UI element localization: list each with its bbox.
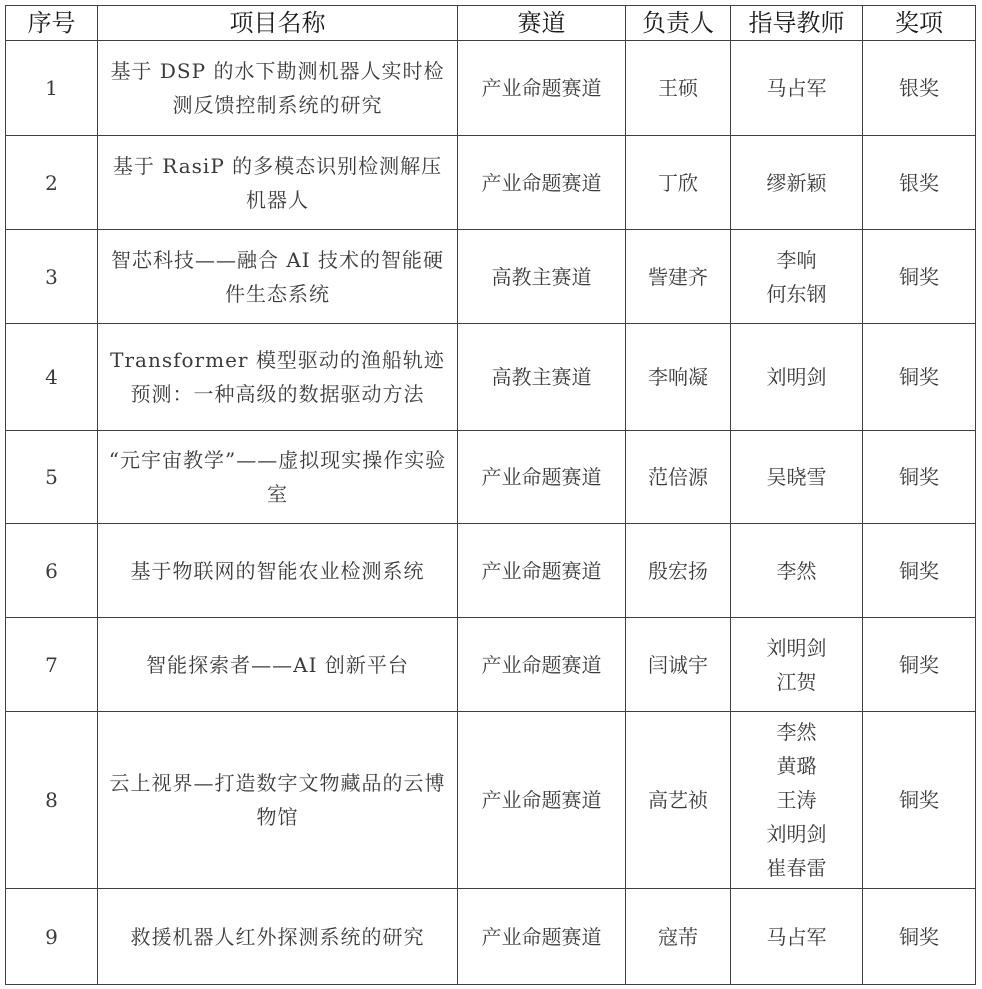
table-row: 7智能探索者——AI 创新平台产业命题赛道闫诚宇刘明剑江贺铜奖 [6, 618, 976, 712]
cell-no: 6 [6, 524, 98, 618]
teacher-name: 李响 [737, 243, 856, 277]
teacher-name: 崔春雷 [737, 851, 856, 885]
cell-leader: 范倍源 [626, 431, 731, 524]
header-project-name: 项目名称 [98, 6, 458, 41]
header-teachers: 指导教师 [731, 6, 863, 41]
cell-project-name: 云上视界—打造数字文物藏品的云博物馆 [98, 712, 458, 889]
header-row: 序号 项目名称 赛道 负责人 指导教师 奖项 [6, 6, 976, 41]
teacher-name: 江贺 [737, 665, 856, 699]
header-leader: 负责人 [626, 6, 731, 41]
table-row: 1基于 DSP 的水下勘测机器人实时检测反馈控制系统的研究产业命题赛道王硕马占军… [6, 41, 976, 136]
cell-no: 8 [6, 712, 98, 889]
cell-teachers: 李然 [731, 524, 863, 618]
cell-track: 产业命题赛道 [458, 889, 626, 985]
cell-no: 1 [6, 41, 98, 136]
awards-table: 序号 项目名称 赛道 负责人 指导教师 奖项 1基于 DSP 的水下勘测机器人实… [5, 5, 976, 985]
table-body: 1基于 DSP 的水下勘测机器人实时检测反馈控制系统的研究产业命题赛道王硕马占军… [6, 41, 976, 985]
cell-leader: 王硕 [626, 41, 731, 136]
cell-leader: 丁欣 [626, 136, 731, 230]
table-row: 4Transformer 模型驱动的渔船轨迹预测：一种高级的数据驱动方法高教主赛… [6, 324, 976, 431]
cell-track: 产业命题赛道 [458, 712, 626, 889]
cell-award: 铜奖 [863, 524, 976, 618]
header-no: 序号 [6, 6, 98, 41]
teacher-name: 刘明剑 [737, 817, 856, 851]
cell-award: 铜奖 [863, 618, 976, 712]
teacher-name: 刘明剑 [737, 360, 856, 394]
cell-project-name: 智芯科技——融合 AI 技术的智能硬件生态系统 [98, 230, 458, 324]
cell-teachers: 刘明剑江贺 [731, 618, 863, 712]
cell-leader: 寇芾 [626, 889, 731, 985]
table-row: 3智芯科技——融合 AI 技术的智能硬件生态系统高教主赛道訾建齐李响何东钢铜奖 [6, 230, 976, 324]
cell-project-name: 救援机器人红外探测系统的研究 [98, 889, 458, 985]
header-award: 奖项 [863, 6, 976, 41]
table-row: 9救援机器人红外探测系统的研究产业命题赛道寇芾马占军铜奖 [6, 889, 976, 985]
teacher-name: 李然 [737, 554, 856, 588]
cell-teachers: 缪新颖 [731, 136, 863, 230]
cell-award: 铜奖 [863, 230, 976, 324]
cell-track: 产业命题赛道 [458, 41, 626, 136]
cell-award: 铜奖 [863, 324, 976, 431]
cell-leader: 殷宏扬 [626, 524, 731, 618]
table-row: 6基于物联网的智能农业检测系统产业命题赛道殷宏扬李然铜奖 [6, 524, 976, 618]
cell-leader: 李响凝 [626, 324, 731, 431]
cell-no: 2 [6, 136, 98, 230]
teacher-name: 何东钢 [737, 277, 856, 311]
teacher-name: 刘明剑 [737, 631, 856, 665]
cell-track: 高教主赛道 [458, 230, 626, 324]
cell-track: 高教主赛道 [458, 324, 626, 431]
teacher-name: 缪新颖 [737, 166, 856, 200]
cell-project-name: 基于物联网的智能农业检测系统 [98, 524, 458, 618]
cell-track: 产业命题赛道 [458, 618, 626, 712]
table-row: 5“元宇宙教学”——虚拟现实操作实验室产业命题赛道范倍源吴晓雪铜奖 [6, 431, 976, 524]
table-row: 2基于 RasiP 的多模态识别检测解压机器人产业命题赛道丁欣缪新颖银奖 [6, 136, 976, 230]
cell-teachers: 李响何东钢 [731, 230, 863, 324]
teacher-name: 王涛 [737, 783, 856, 817]
cell-no: 5 [6, 431, 98, 524]
cell-leader: 高艺祯 [626, 712, 731, 889]
cell-no: 9 [6, 889, 98, 985]
header-track: 赛道 [458, 6, 626, 41]
cell-project-name: 基于 DSP 的水下勘测机器人实时检测反馈控制系统的研究 [98, 41, 458, 136]
cell-award: 铜奖 [863, 889, 976, 985]
cell-track: 产业命题赛道 [458, 431, 626, 524]
cell-teachers: 李然黄璐王涛刘明剑崔春雷 [731, 712, 863, 889]
cell-project-name: 智能探索者——AI 创新平台 [98, 618, 458, 712]
cell-track: 产业命题赛道 [458, 524, 626, 618]
cell-track: 产业命题赛道 [458, 136, 626, 230]
teacher-name: 黄璐 [737, 749, 856, 783]
cell-no: 7 [6, 618, 98, 712]
teacher-name: 吴晓雪 [737, 460, 856, 494]
cell-award: 铜奖 [863, 712, 976, 889]
cell-project-name: 基于 RasiP 的多模态识别检测解压机器人 [98, 136, 458, 230]
teacher-name: 马占军 [737, 71, 856, 105]
cell-no: 4 [6, 324, 98, 431]
teacher-name: 马占军 [737, 920, 856, 954]
cell-teachers: 马占军 [731, 41, 863, 136]
cell-leader: 闫诚宇 [626, 618, 731, 712]
cell-award: 银奖 [863, 41, 976, 136]
cell-project-name: “元宇宙教学”——虚拟现实操作实验室 [98, 431, 458, 524]
cell-teachers: 马占军 [731, 889, 863, 985]
table-row: 8云上视界—打造数字文物藏品的云博物馆产业命题赛道高艺祯李然黄璐王涛刘明剑崔春雷… [6, 712, 976, 889]
teacher-name: 李然 [737, 715, 856, 749]
cell-teachers: 吴晓雪 [731, 431, 863, 524]
cell-teachers: 刘明剑 [731, 324, 863, 431]
cell-award: 铜奖 [863, 431, 976, 524]
cell-no: 3 [6, 230, 98, 324]
cell-project-name: Transformer 模型驱动的渔船轨迹预测：一种高级的数据驱动方法 [98, 324, 458, 431]
cell-award: 银奖 [863, 136, 976, 230]
cell-leader: 訾建齐 [626, 230, 731, 324]
